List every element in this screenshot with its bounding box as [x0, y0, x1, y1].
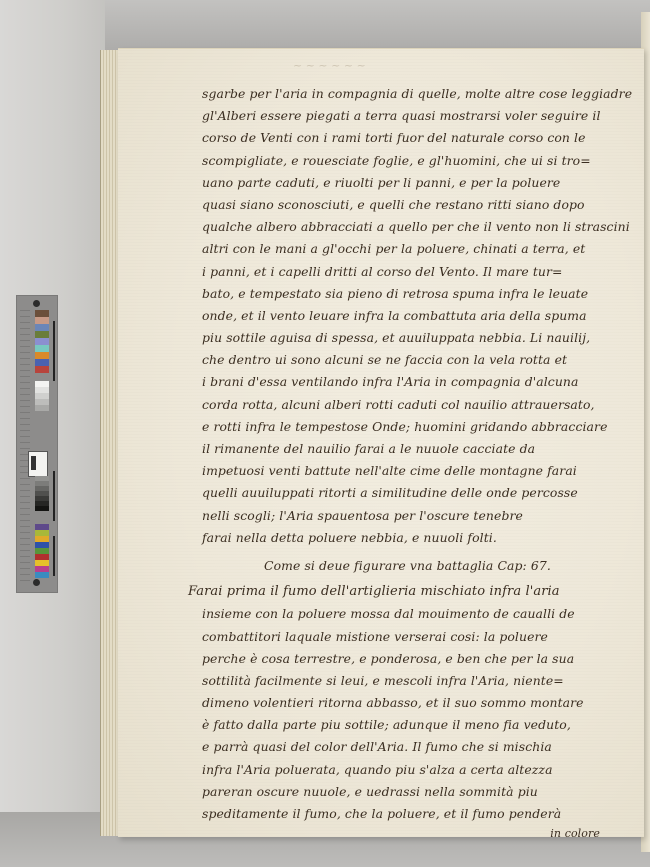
text-line: il rimanente del nauilio farai a le nuuo… [202, 438, 622, 460]
text-line: quasi siano sconosciuti, e quelli che re… [202, 194, 622, 216]
text-line: pareran oscure nuuole, e uedrassi nella … [202, 781, 622, 803]
text-line: sgarbe per l'aria in compagnia di quelle… [202, 83, 622, 105]
text-line: combattitori laquale mistione verserai c… [202, 626, 622, 648]
show-through-ink: ~ ~ ~ ~ ~ ~ [293, 59, 553, 73]
target-rule [53, 536, 55, 576]
color-patch [35, 405, 49, 411]
text-line: scompigliate, e rouesciate foglie, e gl'… [202, 150, 622, 172]
target-hole-top [33, 300, 40, 307]
catchword: in colore [202, 825, 622, 843]
paragraph-after-heading: Farai prima il fumo dell'artiglieria mis… [202, 581, 622, 825]
text-line: e parrà quasi del color dell'Aria. Il fu… [202, 736, 622, 758]
text-line: è fatto dalla parte piu sottile; adunque… [202, 714, 622, 736]
text-line: sottilità facilmente si leui, e mescoli … [202, 670, 622, 692]
text-line: altri con le mani a gl'occhi per la polu… [202, 238, 622, 260]
text-line: onde, et il vento leuare infra la combat… [202, 305, 622, 327]
paragraph-before-heading: sgarbe per l'aria in compagnia di quelle… [202, 83, 622, 549]
text-line: nelli scogli; l'Aria spauentosa per l'os… [202, 505, 622, 527]
text-line: insieme con la poluere mossa dal mouimen… [202, 603, 622, 625]
target-rule [53, 471, 55, 521]
text-line: uano parte caduti, e riuolti per li pann… [202, 172, 622, 194]
text-line: qualche albero abbracciati a quello per … [202, 216, 622, 238]
color-patch [35, 352, 49, 359]
chapter-heading: Come si deue figurare vna battaglia Cap:… [264, 555, 622, 577]
color-patch [35, 324, 49, 331]
color-patch [35, 317, 49, 324]
manuscript-text: sgarbe per l'aria in compagnia di quelle… [202, 83, 622, 843]
text-line: piu sottile aguisa di spessa, et auuilup… [202, 327, 622, 349]
target-hole-bottom [33, 579, 40, 586]
text-line: gl'Alberi essere piegati a terra quasi m… [202, 105, 622, 127]
text-line: Farai prima il fumo dell'artiglieria mis… [188, 581, 622, 603]
text-line: speditamente il fumo, che la poluere, et… [202, 803, 622, 825]
color-patch [35, 345, 49, 352]
color-calibration-target [16, 295, 58, 593]
color-patch [35, 310, 49, 317]
text-line: quelli auuiluppati ritorti a similitudin… [202, 482, 622, 504]
manuscript-page: ~ ~ ~ ~ ~ ~ sgarbe per l'aria in compagn… [118, 48, 644, 837]
text-line: dimeno volentieri ritorna abbasso, et il… [202, 692, 622, 714]
text-line: corso de Venti con i rami torti fuor del… [202, 127, 622, 149]
text-line: perche è cosa terrestre, e ponderosa, e … [202, 648, 622, 670]
text-line: i panni, et i capelli dritti al corso de… [202, 261, 622, 283]
text-line: corda rotta, alcuni alberi rotti caduti … [202, 394, 622, 416]
color-patch [35, 338, 49, 345]
text-line: farai nella detta poluere nebbia, e nuuo… [202, 527, 622, 549]
color-patch [35, 331, 49, 338]
text-line: impetuosi venti battute nell'alte cime d… [202, 460, 622, 482]
color-patch [35, 366, 49, 373]
text-line: e rotti infra le tempestose Onde; huomin… [202, 416, 622, 438]
color-patch [35, 359, 49, 366]
target-label [28, 451, 48, 477]
color-patch [35, 572, 49, 578]
text-line: i brani d'essa ventilando infra l'Aria i… [202, 371, 622, 393]
text-line: infra l'Aria poluerata, quando piu s'alz… [202, 759, 622, 781]
ruler-scale [20, 306, 30, 581]
text-line: bato, e tempestato sia pieno di retrosa … [202, 283, 622, 305]
color-patch [35, 506, 49, 511]
target-rule [53, 321, 55, 381]
text-line: che dentro ui sono alcuni se ne faccia c… [202, 349, 622, 371]
